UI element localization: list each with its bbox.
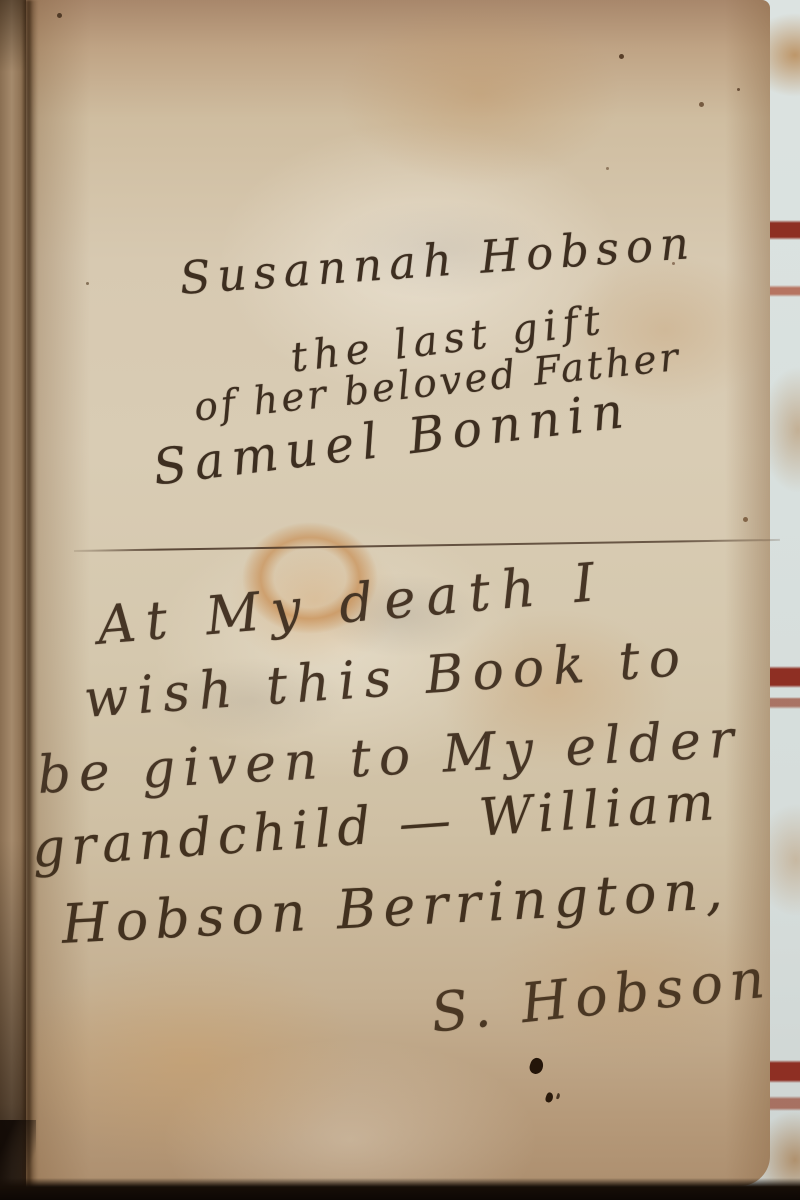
book-inscription-photo: Susannah Hobson the last gift of her bel… bbox=[0, 0, 800, 1200]
foxing-spots bbox=[0, 0, 3, 3]
gutter-crease-shadow bbox=[22, 0, 38, 1192]
book-edge-shadow bbox=[0, 1178, 800, 1200]
